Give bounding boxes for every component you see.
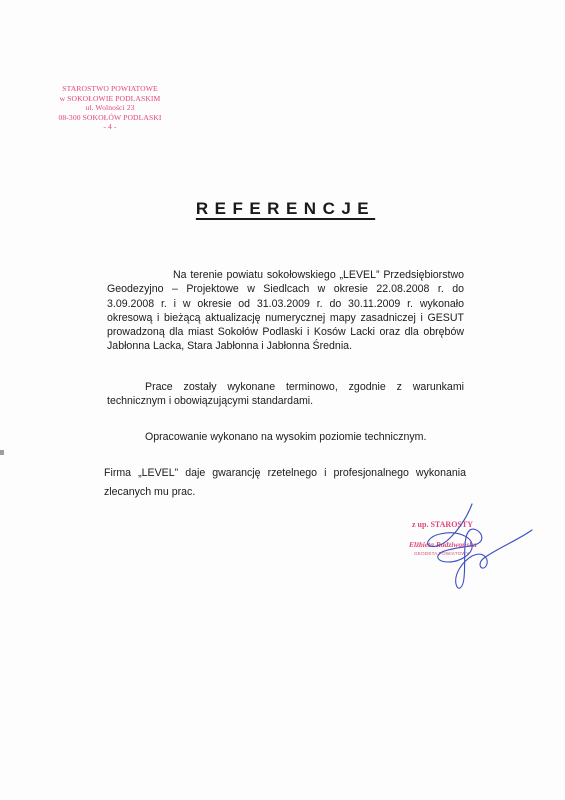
- document-page: STAROSTWO POWIATOWE w SOKOŁOWIE PODLASKI…: [0, 0, 565, 800]
- letterhead-line: STAROSTWO POWIATOWE: [50, 84, 170, 94]
- document-title: REFERENCJE: [0, 199, 565, 219]
- letterhead-line: ul. Wolności 23: [50, 103, 170, 113]
- signature-icon: [400, 500, 540, 600]
- letterhead-line: w SOKOŁOWIE PODLASKIM: [50, 94, 170, 104]
- paragraph-quality: Prace zostały wykonane terminowo, zgodni…: [107, 380, 464, 409]
- scan-edge-mark: [0, 450, 4, 455]
- letterhead-stamp: STAROSTWO POWIATOWE w SOKOŁOWIE PODLASKI…: [50, 84, 170, 132]
- letterhead-line: - 4 -: [50, 122, 170, 132]
- paragraph-level: Opracowanie wykonano na wysokim poziomie…: [145, 430, 465, 444]
- letterhead-line: 08-300 SOKOŁÓW PODLASKI: [50, 113, 170, 123]
- paragraph-scope: Na terenie powiatu sokołowskiego „LEVEL”…: [107, 268, 464, 354]
- paragraph-guarantee: Firma „LEVEL” daje gwarancję rzetelnego …: [104, 464, 466, 502]
- document-title-text: REFERENCJE: [190, 199, 375, 218]
